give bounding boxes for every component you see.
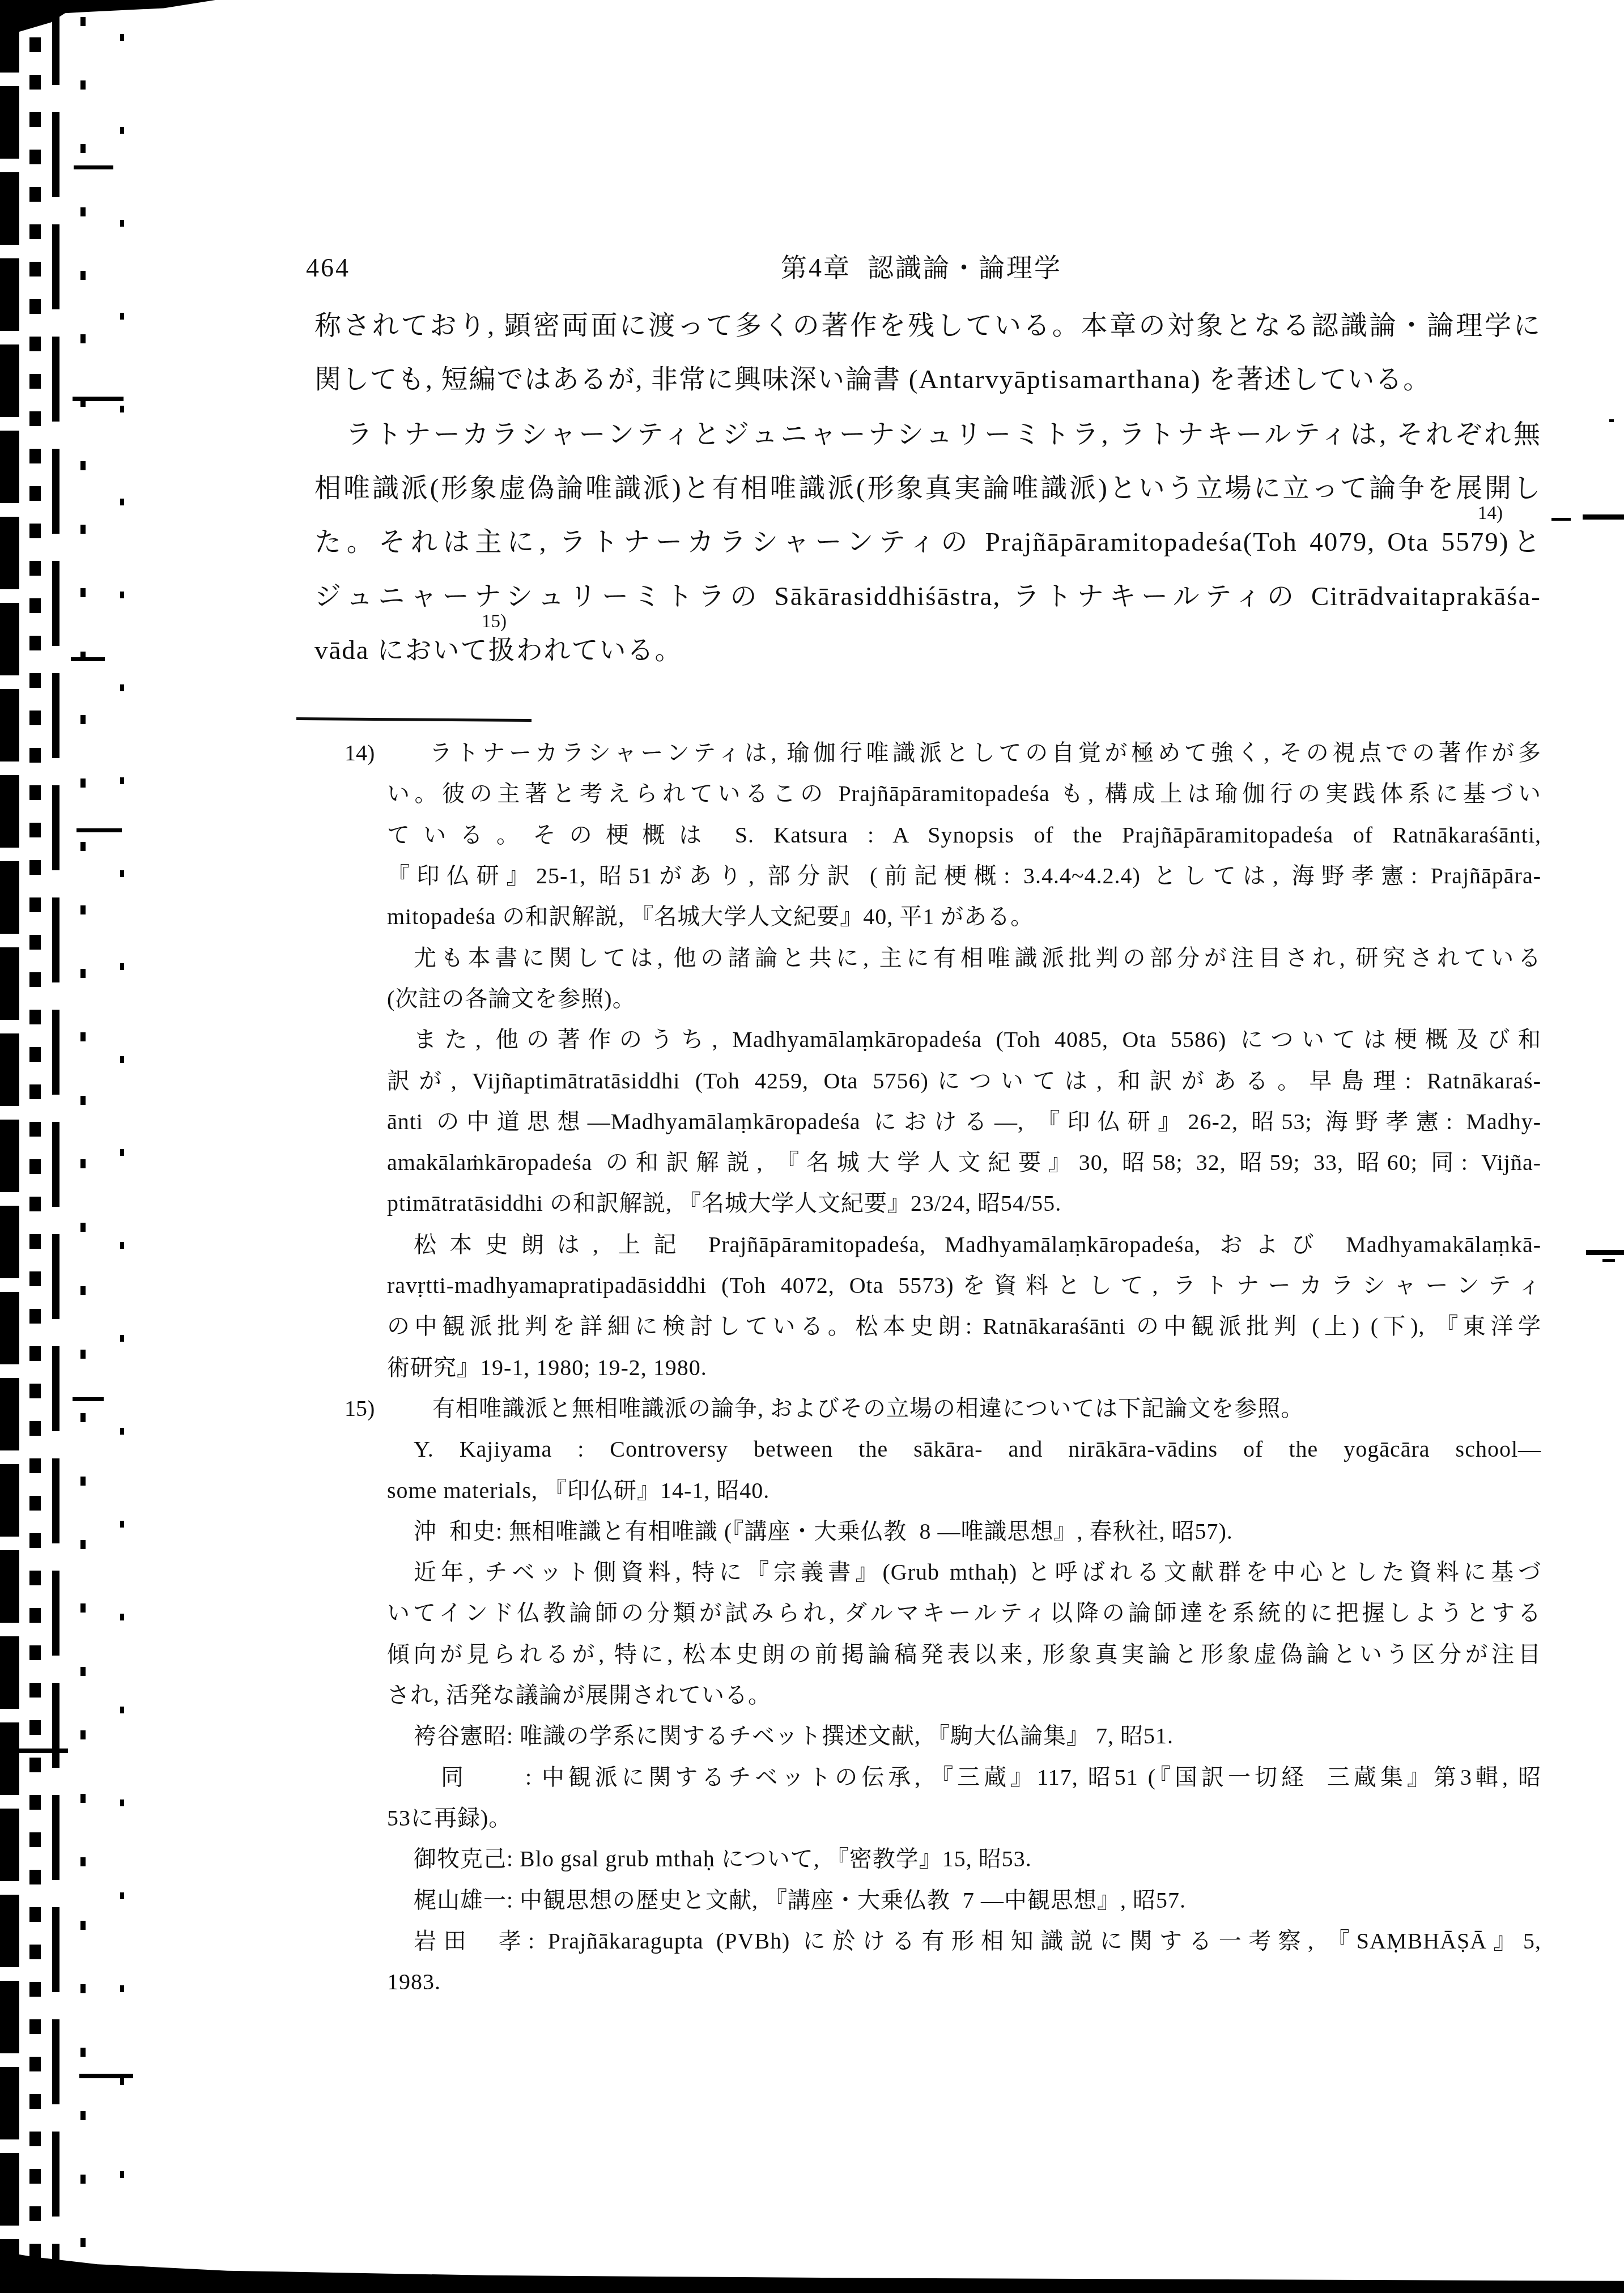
body-line: 関しても, 短編ではあるが, 非常に興味深い論書 (Antarvyāptisam… <box>314 364 1541 395</box>
footnote-line: ānti の中道思想—Madhyamālaṃkāropadeśa における—, … <box>387 1108 1541 1135</box>
footnote-line: 梶山雄一: 中観思想の歴史と文献, 『講座・大乗仏教 7 —中観思想』, 昭57… <box>414 1887 1541 1913</box>
footnote-line: 術研究』19-1, 1980; 19-2, 1980. <box>387 1354 1541 1381</box>
scan-noise-tick <box>17 1749 68 1753</box>
footnote-line: 近年, チベット側資料, 特に『宗義書』(Grub mthaḥ) と呼ばれる文献… <box>414 1559 1541 1585</box>
footnote-line: amakālaṁkāropadeśa の和訳解説, 『名城大学人文紀要』30, … <box>387 1149 1541 1176</box>
scan-noise-right-dash <box>1551 518 1571 521</box>
scan-noise-left-column <box>29 0 41 2293</box>
footnote-ref-14: 14) <box>1478 503 1503 524</box>
footnote-line: mitopadeśa の和訳解説, 『名城大学人文紀要』40, 平1 がある。 <box>387 903 1541 930</box>
footnote-line: 松本史朗は, 上記 Prajñāpāramitopadeśa, Madhyamā… <box>414 1231 1541 1258</box>
footnote-line: some materials, 『印仏研』14-1, 昭40. <box>387 1477 1541 1504</box>
scan-noise-top-left-blob <box>0 0 215 17</box>
scanned-book-page: 464 第4章 認識論・論理学 称されており, 顕密両面に渡って多くの著作を残し… <box>0 0 1624 2293</box>
scan-noise-tick <box>79 2074 133 2078</box>
scan-noise-right-dash <box>1583 514 1624 520</box>
footnote-line: 傾向が見られるが, 特に, 松本史朗の前掲論稿発表以来, 形象真実論と形象虚偽論… <box>387 1641 1541 1667</box>
scan-noise-left-column <box>80 17 86 2278</box>
footnote-number: 15) <box>345 1395 375 1422</box>
body-line: ジュニャーナシュリーミトラの Sākārasiddhiśāstra, ラトナキー… <box>314 581 1541 612</box>
footnote-line: いてインド仏教論師の分類が試みられ, ダルマキールティ以降の論師達を系統的に把握… <box>387 1599 1541 1626</box>
body-line: 相唯識派(形象虚偽論唯識派)と有相唯識派(形象真実論唯識派)という立場に立って論… <box>314 473 1541 504</box>
footnote-line: の中観派批判を詳細に検討している。松本史朗: Ratnākaraśānti の中… <box>387 1313 1541 1339</box>
scan-noise-right-dash <box>1586 1250 1624 1255</box>
footnote-number: 14) <box>345 739 375 766</box>
scan-noise-left-column <box>0 0 19 2293</box>
footnote-line: 『印仏研』25-1, 昭51があり, 部分訳 (前記梗概: 3.4.4~4.2.… <box>387 862 1541 889</box>
footnote-line: また, 他の著作のうち, Madhyamālaṃkāropadeśa (Toh … <box>414 1026 1541 1053</box>
page-number: 464 <box>306 253 350 283</box>
footnote-line: ravṛtti-madhyamapratipadāsiddhi (Toh 407… <box>387 1272 1541 1299</box>
scan-noise-left-column <box>52 0 59 2293</box>
body-line: た。それは主に, ラトナーカラシャーンティの Prajñāpāramitopad… <box>314 527 1541 558</box>
footnote-line: ラトナーカラシャーンティは, 瑜伽行唯識派としての自覚が極めて強く, その視点で… <box>430 739 1541 766</box>
footnote-line: 有相唯識派と無相唯識派の論争, およびその立場の相違については下記論文を参照。 <box>432 1395 1541 1422</box>
scan-noise-tick <box>73 1397 104 1401</box>
scan-noise-dot <box>1609 419 1614 422</box>
footnote-line: 沖 和史: 無相唯識と有相唯識 (『講座・大乗仏教 8 —唯識思想』, 春秋社,… <box>414 1518 1541 1545</box>
scan-noise-tick <box>74 165 113 169</box>
footnote-line: 岩田 孝: Prajñākaragupta (PVBh) に於ける有形相知識説に… <box>414 1928 1541 1954</box>
footnote-separator-rule <box>296 717 532 722</box>
footnote-line: 袴谷憲昭: 唯識の学系に関するチベット撰述文献, 『駒大仏論集』 7, 昭51. <box>414 1722 1541 1749</box>
footnote-line: (次註の各論文を参照)。 <box>387 985 1541 1012</box>
footnote-line: され, 活発な議論が展開されている。 <box>387 1682 1541 1708</box>
body-line: vāda において扱われている。 <box>314 635 1541 666</box>
body-line: ラトナーカラシャーンティとジュニャーナシュリーミトラ, ラトナキールティは, そ… <box>346 419 1541 450</box>
footnote-line: 御牧克己: Blo gsal grub mthaḥ について, 『密教学』15,… <box>414 1845 1541 1872</box>
chapter-header: 第4章 認識論・論理学 <box>781 253 1062 283</box>
footnote-line: 同 : 中観派に関するチベットの伝承, 『三蔵』117, 昭51 (『国訳一切経… <box>441 1764 1541 1790</box>
body-line: 称されており, 顕密両面に渡って多くの著作を残している。本章の対象となる認識論・… <box>314 310 1541 342</box>
scan-noise-tick <box>73 397 124 401</box>
footnote-ref-15: 15) <box>482 611 507 632</box>
scan-noise-left-column <box>120 34 124 2255</box>
scan-noise-top-left-blob <box>0 0 85 37</box>
scan-noise-tick <box>76 828 122 832</box>
footnote-line: い。彼の主著と考えられているこの Prajñāpāramitopadeśa も,… <box>387 780 1541 807</box>
footnote-line: 尤も本書に関しては, 他の諸論と共に, 主に有相唯識派批判の部分が注目され, 研… <box>414 945 1541 971</box>
scan-noise-tick <box>71 657 105 661</box>
footnote-line: 1983. <box>387 1968 1541 1995</box>
footnote-line: 訳が, Vijñaptimātratāsiddhi (Toh 4259, Ota… <box>387 1067 1541 1094</box>
scan-noise-bottom-band <box>0 2247 1624 2293</box>
scan-noise-right-dash <box>1602 1259 1615 1262</box>
footnote-line: ptimātratāsiddhi の和訳解説, 『名城大学人文紀要』23/24,… <box>387 1190 1541 1216</box>
footnote-line: ている。その梗概は S. Katsura : A Synopsis of the… <box>387 822 1541 848</box>
footnote-line: Y. Kajiyama : Controversy between the sā… <box>414 1436 1541 1462</box>
footnote-line: 53に再録)。 <box>387 1805 1541 1831</box>
